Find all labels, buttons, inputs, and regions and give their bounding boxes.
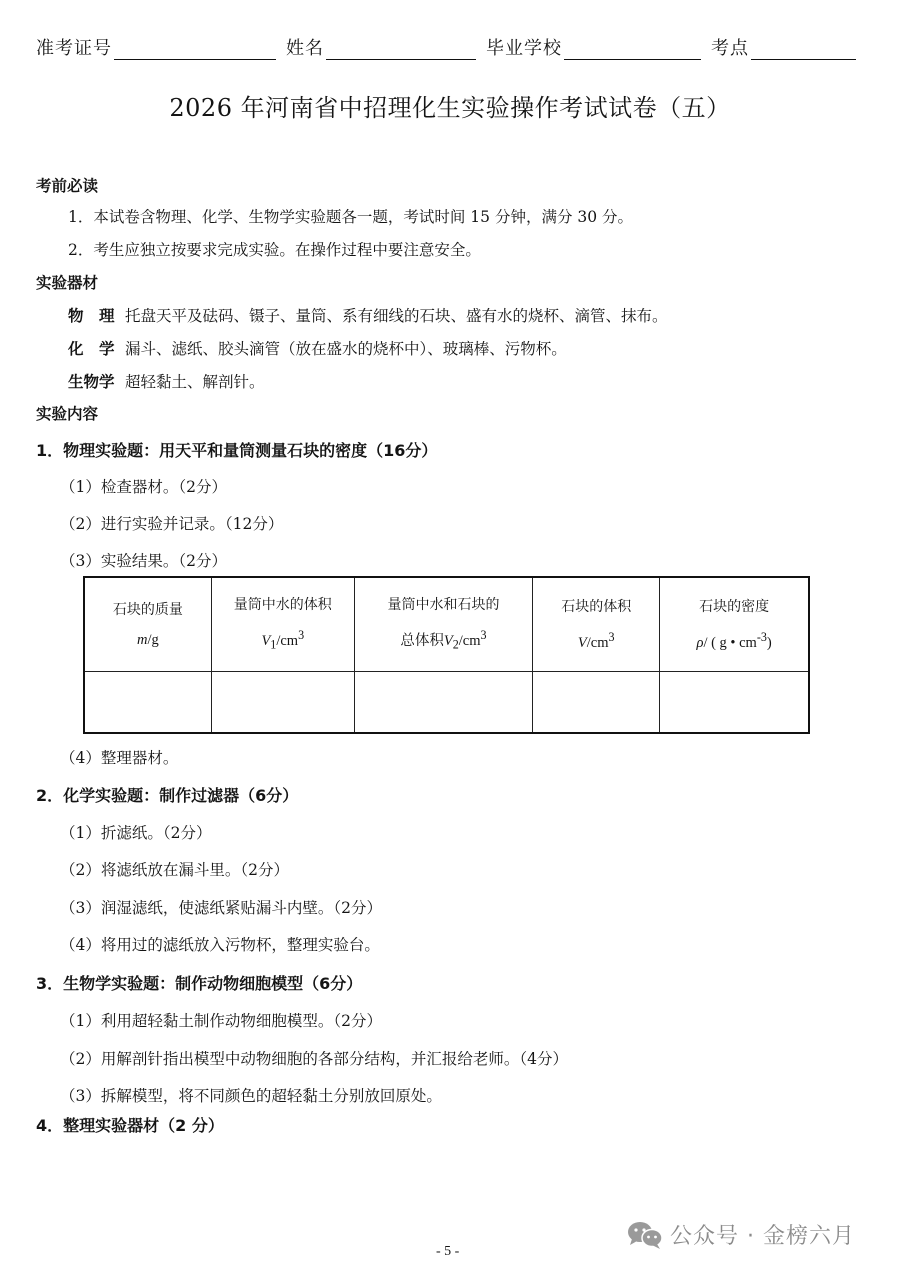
exam-site-blank[interactable]: [751, 39, 856, 60]
page-title: 2026 年河南省中招理化生实验操作考试试卷（五）: [0, 88, 900, 123]
question-4-title: 4．整理实验器材（2 分）: [36, 1113, 224, 1136]
unit-prefix: 总体积: [400, 632, 444, 648]
exam-number-blank[interactable]: [114, 39, 276, 60]
question-3-step-3: （3）拆解模型，将不同颜色的超轻黏土分别放回原处。: [60, 1084, 442, 1106]
equipment-physics: 物 理 托盘天平及砝码、镊子、量筒、系有细线的石块、盛有水的烧杯、滴管、抹布。: [68, 304, 668, 326]
superscript: 3: [481, 628, 487, 642]
header-text: 量筒中水和石块的: [355, 590, 533, 620]
header-text: 量筒中水的体积: [212, 590, 354, 620]
header-text: 石块的体积: [533, 592, 659, 622]
equipment-list-biology: 超轻黏土、解剖针。: [125, 370, 265, 392]
watermark: 公众号 · 金榜六月: [626, 1219, 855, 1250]
superscript: 3: [609, 630, 615, 644]
preface-heading: 考前必读: [36, 174, 98, 196]
table-header-water-volume: 量筒中水的体积 V1/cm3: [211, 577, 354, 672]
page-number: - 5 -: [436, 1244, 459, 1260]
unit: /g: [148, 632, 159, 648]
table-header-row: 石块的质量 m/g 量筒中水的体积 V1/cm3 量筒中水和石块的 总体积V2/…: [84, 577, 809, 672]
exam-number-label: 准考证号: [36, 38, 112, 60]
header-unit: 总体积V2/cm3: [355, 620, 533, 660]
cell-mass[interactable]: [84, 672, 211, 734]
question-1-step-3: （3）实验结果。（2分）: [60, 549, 227, 571]
exam-site-field: 考点: [711, 38, 856, 60]
header-unit: m/g: [85, 625, 211, 655]
question-2-step-4: （4）将用过的滤纸放入污物杯，整理实验台。: [60, 933, 380, 955]
content-heading: 实验内容: [36, 402, 98, 424]
watermark-text: 公众号 · 金榜六月: [670, 1219, 855, 1250]
candidate-info-fields: 准考证号 姓名 毕业学校 考点: [36, 30, 866, 60]
exam-site-label: 考点: [711, 38, 749, 60]
symbol: V: [444, 632, 453, 648]
question-2-step-2: （2）将滤纸放在漏斗里。（2分）: [60, 858, 289, 880]
name-label: 姓名: [286, 38, 324, 60]
unit: / ( g • cm: [703, 634, 756, 650]
exam-page: 准考证号 姓名 毕业学校 考点 2026 年河南省中招理化生实验操作考试试卷（五…: [0, 0, 900, 1273]
table-header-mass: 石块的质量 m/g: [84, 577, 211, 672]
question-3-title: 3．生物学实验题：制作动物细胞模型（6分）: [36, 971, 362, 994]
equipment-chemistry: 化 学 漏斗、滤纸、胶头滴管（放在盛水的烧杯中）、玻璃棒、污物杯。: [68, 337, 567, 359]
question-3-step-1: （1）利用超轻黏土制作动物细胞模型。（2分）: [60, 1009, 382, 1031]
question-1-step-1: （1）检查器材。（2分）: [60, 475, 227, 497]
cell-water-volume[interactable]: [211, 672, 354, 734]
question-1-step-4: （4）整理器材。: [60, 746, 178, 768]
equipment-subject-chemistry: 化 学: [68, 337, 125, 359]
header-unit: V/cm3: [533, 622, 659, 658]
name-field: 姓名: [286, 38, 486, 60]
header-text: 石块的质量: [85, 595, 211, 625]
table-header-stone-volume: 石块的体积 V/cm3: [533, 577, 660, 672]
symbol: m: [137, 632, 147, 648]
header-text: 石块的密度: [660, 592, 808, 622]
unit-suffix: ): [767, 634, 772, 650]
wechat-icon: [626, 1220, 664, 1250]
question-3-step-2: （2）用解剖针指出模型中动物细胞的各部分结构，并汇报给老师。（4分）: [60, 1047, 568, 1069]
superscript: 3: [298, 628, 304, 642]
equipment-subject-physics: 物 理: [68, 304, 125, 326]
cell-stone-volume[interactable]: [533, 672, 660, 734]
table-row: [84, 672, 809, 734]
school-field: 毕业学校: [486, 38, 711, 60]
question-1-step-2: （2）进行实验并记录。（12分）: [60, 512, 283, 534]
preface-item-1: 1．本试卷含物理、化学、生物学实验题各一题，考试时间 15 分钟，满分 30 分…: [68, 205, 633, 227]
question-2-step-3: （3）润湿滤纸，使滤纸紧贴漏斗内壁。（2分）: [60, 896, 382, 918]
preface-item-2: 2．考生应独立按要求完成实验。在操作过程中要注意安全。: [68, 238, 481, 260]
equipment-subject-biology: 生物学: [68, 370, 125, 392]
table-header-total-volume: 量筒中水和石块的 总体积V2/cm3: [354, 577, 533, 672]
exam-number-field: 准考证号: [36, 38, 286, 60]
equipment-biology: 生物学 超轻黏土、解剖针。: [68, 370, 265, 392]
symbol: V: [261, 632, 270, 648]
unit: /cm: [276, 632, 298, 648]
school-blank[interactable]: [564, 39, 701, 60]
unit: /cm: [459, 632, 481, 648]
superscript: -3: [757, 630, 767, 644]
symbol: V: [578, 634, 587, 650]
school-label: 毕业学校: [486, 38, 562, 60]
question-2-step-1: （1）折滤纸。（2分）: [60, 821, 211, 843]
header-unit: V1/cm3: [212, 620, 354, 660]
name-blank[interactable]: [326, 39, 476, 60]
equipment-list-physics: 托盘天平及砝码、镊子、量筒、系有细线的石块、盛有水的烧杯、滴管、抹布。: [125, 304, 668, 326]
question-2-title: 2．化学实验题：制作过滤器（6分）: [36, 783, 298, 806]
cell-total-volume[interactable]: [354, 672, 533, 734]
unit: /cm: [587, 634, 609, 650]
question-1-title: 1．物理实验题：用天平和量筒测量石块的密度（16分）: [36, 438, 437, 461]
cell-density[interactable]: [660, 672, 809, 734]
table-header-density: 石块的密度 ρ/ ( g • cm-3): [660, 577, 809, 672]
equipment-list-chemistry: 漏斗、滤纸、胶头滴管（放在盛水的烧杯中）、玻璃棒、污物杯。: [125, 337, 567, 359]
header-unit: ρ/ ( g • cm-3): [660, 622, 808, 658]
results-table: 石块的质量 m/g 量筒中水的体积 V1/cm3 量筒中水和石块的 总体积V2/…: [83, 576, 810, 734]
equipment-heading: 实验器材: [36, 271, 98, 293]
